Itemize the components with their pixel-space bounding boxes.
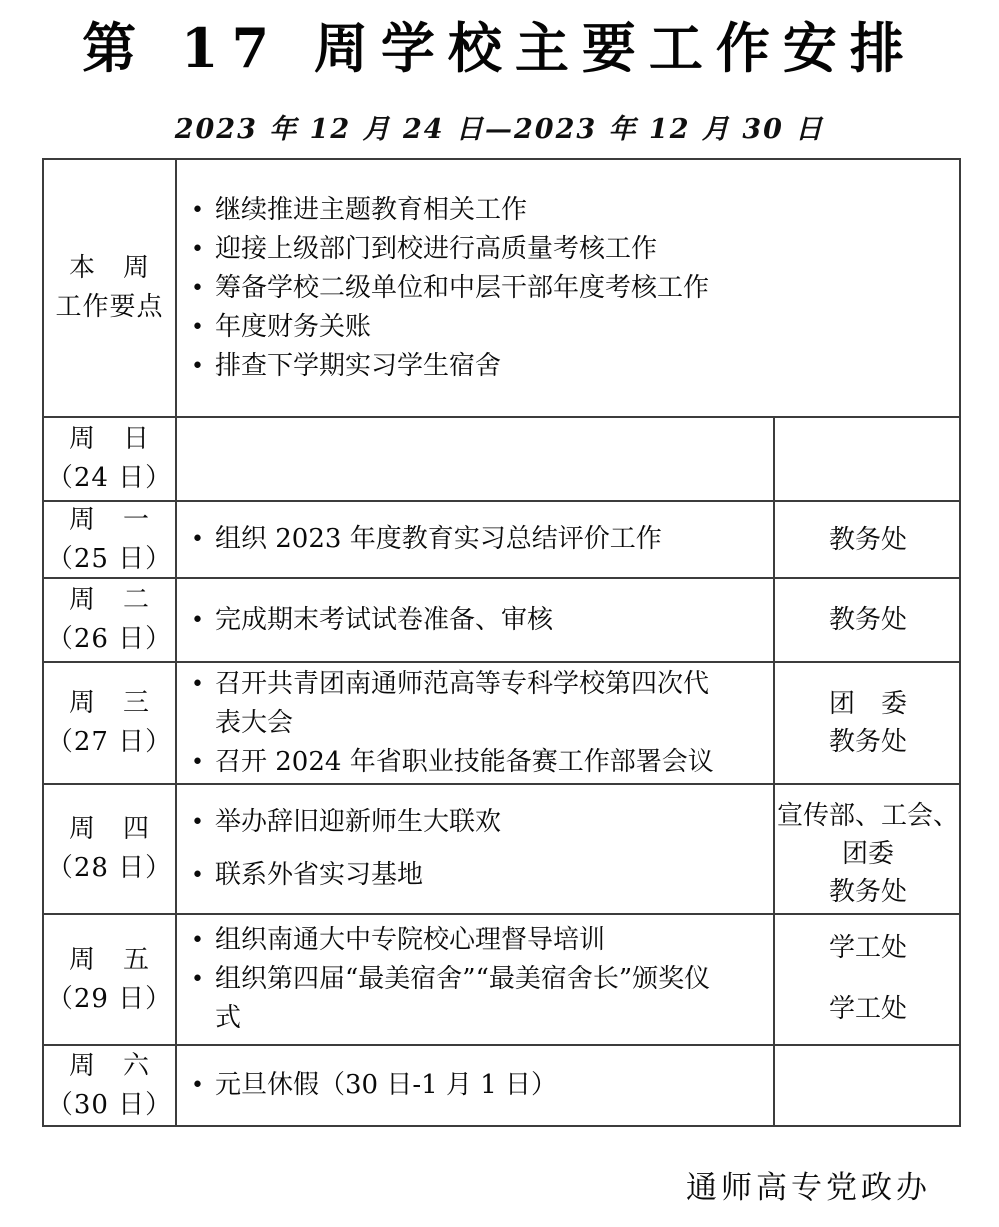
summary-task-text: 筹备学校二级单位和中层干部年度考核工作	[215, 269, 919, 308]
day-cell: 周 二 （26 日）	[44, 579, 175, 661]
dept-cell: 教务处	[773, 502, 961, 577]
summary-task-text: 继续推进主题教育相关工作	[215, 191, 919, 230]
tasks-cell: • 元旦休假（30 日-1 月 1 日）	[175, 1046, 773, 1125]
task-text: 举办辞旧迎新师生大联欢	[215, 803, 731, 842]
bullet-icon: •	[191, 960, 215, 999]
tasks-cell: • 完成期末考试试卷准备、审核	[175, 579, 773, 661]
day-date: （26 日）	[47, 620, 172, 659]
table-row-wednesday: 周 三 （27 日） • 召开共青团南通师范高等专科学校第四次代表大会 • 召开…	[44, 661, 959, 783]
task-text: 组织第四届“最美宿舍”“最美宿舍长”颁奖仪式	[215, 960, 731, 1038]
bullet-icon: •	[191, 921, 215, 960]
task-item: • 召开共青团南通师范高等专科学校第四次代表大会	[191, 665, 731, 743]
day-name: 周 六	[69, 1047, 150, 1086]
table-row-friday: 周 五 （29 日） • 组织南通大中专院校心理督导培训 • 组织第四届“最美宿…	[44, 913, 959, 1044]
date-range: 2023 年 12 月 24 日—2023 年 12 月 30 日	[0, 107, 999, 146]
summary-task-item: • 继续推进主题教育相关工作	[191, 191, 919, 230]
task-item: • 召开 2024 年省职业技能备赛工作部署会议	[191, 743, 731, 782]
day-name: 周 五	[69, 941, 150, 980]
dept-name: 教务处	[829, 723, 907, 761]
day-name: 周 二	[69, 581, 150, 620]
bullet-icon: •	[191, 230, 215, 269]
bullet-icon: •	[191, 803, 215, 842]
summary-label-line2: 工作要点	[55, 288, 163, 327]
bullet-icon: •	[191, 743, 215, 782]
dept-cell	[773, 1046, 961, 1125]
dept-cell: 团 委 教务处	[773, 663, 961, 783]
summary-task-item: • 排查下学期实习学生宿舍	[191, 347, 919, 386]
table-row-thursday: 周 四 （28 日） • 举办辞旧迎新师生大联欢 • 联系外省实习基地 宣传部、…	[44, 783, 959, 913]
task-item: • 完成期末考试试卷准备、审核	[191, 601, 731, 640]
dept-name: 学工处	[829, 929, 907, 967]
task-item: • 联系外省实习基地	[191, 856, 731, 895]
table-row-monday: 周 一 （25 日） • 组织 2023 年度教育实习总结评价工作 教务处	[44, 500, 959, 577]
task-text: 元旦休假（30 日-1 月 1 日）	[215, 1066, 731, 1105]
tasks-cell: • 举办辞旧迎新师生大联欢 • 联系外省实习基地	[175, 785, 773, 913]
day-cell: 周 六 （30 日）	[44, 1046, 175, 1125]
summary-tasks-cell: • 继续推进主题教育相关工作 • 迎接上级部门到校进行高质量考核工作 • 筹备学…	[175, 160, 961, 416]
bullet-icon: •	[191, 520, 215, 559]
task-item: • 元旦休假（30 日-1 月 1 日）	[191, 1066, 731, 1105]
schedule-table: 本 周 工作要点 • 继续推进主题教育相关工作 • 迎接上级部门到校进行高质量考…	[42, 158, 961, 1127]
dept-name: 教务处	[829, 873, 907, 911]
dept-name: 教务处	[829, 521, 907, 559]
day-date: （29 日）	[47, 980, 172, 1019]
task-text: 召开 2024 年省职业技能备赛工作部署会议	[215, 743, 731, 782]
table-row-tuesday: 周 二 （26 日） • 完成期末考试试卷准备、审核 教务处	[44, 577, 959, 661]
day-date: （30 日）	[47, 1086, 172, 1125]
task-item: • 组织 2023 年度教育实习总结评价工作	[191, 520, 731, 559]
dept-cell: 教务处	[773, 579, 961, 661]
document-page: 第 17 周学校主要工作安排 2023 年 12 月 24 日—2023 年 1…	[0, 0, 999, 1227]
day-cell: 周 日 （24 日）	[44, 418, 175, 500]
day-cell: 周 一 （25 日）	[44, 502, 175, 577]
dept-name: 宣传部、工会、团委	[776, 797, 960, 873]
task-text: 组织 2023 年度教育实习总结评价工作	[215, 520, 731, 559]
dept-name: 团 委	[829, 685, 907, 723]
day-date: （27 日）	[47, 723, 172, 762]
task-item: • 组织南通大中专院校心理督导培训	[191, 921, 731, 960]
issuing-office: 通师高专党政办	[686, 1162, 931, 1207]
bullet-icon: •	[191, 347, 215, 386]
dept-name: 学工处	[829, 990, 907, 1028]
dept-cell: 宣传部、工会、团委 教务处	[773, 785, 961, 913]
day-name: 周 四	[69, 810, 150, 849]
summary-task-text: 年度财务关账	[215, 308, 919, 347]
day-name: 周 三	[69, 684, 150, 723]
bullet-icon: •	[191, 191, 215, 230]
dept-cell	[773, 418, 961, 500]
table-row-sunday: 周 日 （24 日）	[44, 416, 959, 500]
tasks-cell: • 组织 2023 年度教育实习总结评价工作	[175, 502, 773, 577]
task-text: 组织南通大中专院校心理督导培训	[215, 921, 731, 960]
task-item: • 举办辞旧迎新师生大联欢	[191, 803, 731, 842]
day-date: （24 日）	[47, 459, 172, 498]
summary-label-line1: 本 周	[69, 249, 150, 288]
task-item: • 组织第四届“最美宿舍”“最美宿舍长”颁奖仪式	[191, 960, 731, 1038]
summary-label-cell: 本 周 工作要点	[44, 160, 175, 416]
bullet-icon: •	[191, 601, 215, 640]
task-text: 完成期末考试试卷准备、审核	[215, 601, 731, 640]
page-title: 第 17 周学校主要工作安排	[0, 0, 999, 83]
bullet-icon: •	[191, 308, 215, 347]
table-row-summary: 本 周 工作要点 • 继续推进主题教育相关工作 • 迎接上级部门到校进行高质量考…	[44, 160, 959, 416]
tasks-cell: • 组织南通大中专院校心理督导培训 • 组织第四届“最美宿舍”“最美宿舍长”颁奖…	[175, 915, 773, 1044]
task-text: 召开共青团南通师范高等专科学校第四次代表大会	[215, 665, 731, 743]
summary-task-text: 迎接上级部门到校进行高质量考核工作	[215, 230, 919, 269]
day-cell: 周 五 （29 日）	[44, 915, 175, 1044]
tasks-cell: • 召开共青团南通师范高等专科学校第四次代表大会 • 召开 2024 年省职业技…	[175, 663, 773, 783]
bullet-icon: •	[191, 1066, 215, 1105]
summary-task-item: • 筹备学校二级单位和中层干部年度考核工作	[191, 269, 919, 308]
summary-task-text: 排查下学期实习学生宿舍	[215, 347, 919, 386]
day-name: 周 一	[69, 502, 150, 540]
dept-cell: 学工处 学工处	[773, 915, 961, 1044]
tasks-cell	[175, 418, 773, 500]
table-row-saturday: 周 六 （30 日） • 元旦休假（30 日-1 月 1 日）	[44, 1044, 959, 1125]
bullet-icon: •	[191, 269, 215, 308]
day-name: 周 日	[69, 420, 150, 459]
day-cell: 周 三 （27 日）	[44, 663, 175, 783]
dept-name: 教务处	[829, 601, 907, 639]
summary-task-item: • 年度财务关账	[191, 308, 919, 347]
task-text: 联系外省实习基地	[215, 856, 731, 895]
day-date: （25 日）	[47, 540, 172, 578]
summary-task-item: • 迎接上级部门到校进行高质量考核工作	[191, 230, 919, 269]
day-date: （28 日）	[47, 849, 172, 888]
bullet-icon: •	[191, 856, 215, 895]
day-cell: 周 四 （28 日）	[44, 785, 175, 913]
bullet-icon: •	[191, 665, 215, 704]
